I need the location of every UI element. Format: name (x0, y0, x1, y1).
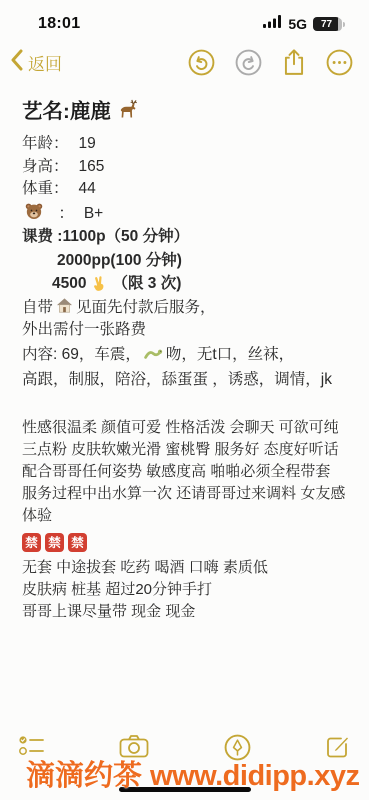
notes-toolbar: 返回 (0, 40, 369, 84)
house-emoji (55, 296, 74, 315)
age-value: 19 (79, 135, 96, 152)
forbidden-row: 禁 禁 禁 (22, 533, 347, 552)
bear-face-emoji (24, 201, 44, 221)
cup-separator: ： (58, 205, 74, 222)
rule-line: 皮肤病 桩基 超过20分钟手打 (22, 579, 347, 601)
rule-line: 无套 中途拔套 吃药 喝酒 口嗨 素质低 (22, 557, 347, 579)
cup-value: B+ (84, 205, 103, 222)
age-label: 年龄： (22, 135, 69, 152)
battery-icon: 77 (313, 17, 345, 31)
battery-percent: 77 (313, 17, 340, 31)
height-value: 165 (79, 158, 105, 175)
clock: 18:01 (38, 15, 80, 33)
network-type-label: 5G (288, 16, 307, 32)
weight-label: 体重： (22, 180, 69, 197)
weight-row: 体重：44 (22, 178, 347, 201)
rule-line: 哥哥上课尽量带 现金 现金 (22, 601, 347, 623)
home-service-row: 自带 见面先付款后服务， (22, 296, 347, 320)
fee-line-3-limit: （限 3 次) (112, 272, 181, 296)
prohibited-button-emoji: 禁 (45, 533, 64, 552)
height-label: 身高： (22, 158, 69, 175)
notes-app-screen: 18:01 5G 77 (0, 0, 369, 800)
note-title-text: 艺名:鹿鹿 (22, 94, 111, 124)
watermark-url: www.didipp.xyz (150, 760, 359, 792)
snake-emoji (143, 344, 164, 362)
fee-line-2: 2000pp(100 分钟) (22, 249, 347, 273)
home-service-post: 见面先付款后服务， (76, 299, 216, 316)
home-service-pre: 自带 (22, 299, 53, 316)
more-options-button[interactable] (326, 49, 353, 76)
deer-emoji (116, 97, 140, 121)
status-bar: 18:01 5G 77 (0, 0, 369, 40)
services-row-1-pre: 内容: 69，车震， (22, 346, 141, 363)
description-paragraph: 性感很温柔 颜值可爱 性格活泼 会聊天 可欲可纯 三点粉 皮肤软嫩光滑 蜜桃臀 … (22, 417, 347, 527)
chevron-left-icon (10, 49, 23, 76)
services-row-2: 高跟，制服，陪浴，舔蛋蛋 ，诱惑，调情，jk (22, 367, 347, 392)
share-button[interactable] (282, 48, 306, 76)
undo-button[interactable] (188, 49, 215, 76)
fee-line-3: 4500 （限 3 次) (22, 272, 347, 296)
fee-line-3-amount: 4500 (52, 272, 86, 296)
watermark-brand: 滴滴约茶 (26, 760, 142, 792)
bottom-bar: 滴滴约茶www.didipp.xyz (0, 732, 369, 800)
watermark: 滴滴约茶www.didipp.xyz (26, 753, 359, 794)
toolbar-actions (188, 48, 353, 76)
back-button[interactable]: 返回 (10, 49, 62, 76)
prohibited-button-emoji: 禁 (22, 533, 41, 552)
cup-row: ：B+ (22, 201, 347, 226)
prohibited-button-emoji: 禁 (68, 533, 87, 552)
age-row: 年龄：19 (22, 133, 347, 156)
back-button-label: 返回 (28, 50, 62, 75)
fee-line-1: 课费 :1100p（50 分钟） (22, 225, 347, 249)
services-row-1-post: 吻，无t口，丝袜， (166, 346, 294, 363)
note-editor[interactable]: 艺名:鹿鹿 年龄：19 身高：165 体重：44 (0, 84, 369, 623)
status-right-cluster: 5G 77 (263, 15, 345, 33)
travel-fee-row: 外出需付一张路费 (22, 319, 347, 342)
height-row: 身高：165 (22, 156, 347, 179)
victory-hand-emoji (90, 275, 108, 293)
note-title: 艺名:鹿鹿 (22, 94, 347, 124)
redo-button[interactable] (235, 49, 262, 76)
weight-value: 44 (79, 180, 96, 197)
services-row-1: 内容: 69，车震， 吻，无t口，丝袜， (22, 342, 347, 367)
cellular-signal-icon (263, 15, 282, 33)
